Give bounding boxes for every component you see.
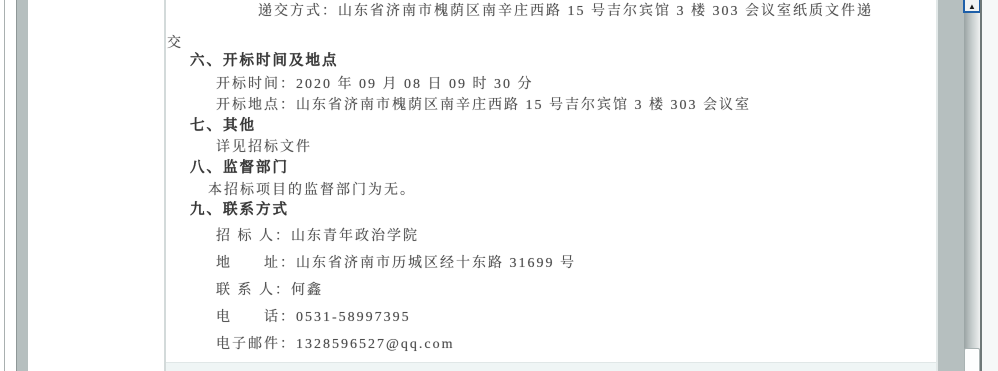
line-delivery-method: 递交方式：山东省济南市槐荫区南辛庄西路 15 号吉尔宾馆 3 楼 303 会议室… <box>258 4 873 19</box>
scroll-up-button[interactable]: ▲ <box>963 0 981 13</box>
line-bid-opening-time: 开标时间：2020 年 09 月 08 日 09 时 30 分 <box>216 77 534 92</box>
heading-contact-info: 九、联系方式 <box>190 203 289 218</box>
right-gray-band <box>938 0 964 371</box>
line-phone: 电 话：0531-58997395 <box>216 310 411 325</box>
vertical-scrollbar-thumb[interactable] <box>964 348 980 371</box>
line-contact-person: 联 系 人：何鑫 <box>216 283 323 298</box>
window-right-edge <box>982 0 998 371</box>
heading-others: 七、其他 <box>190 119 256 134</box>
line-tenderer: 招 标 人：山东青年政治学院 <box>216 229 419 244</box>
window-left-frame-line <box>4 0 5 371</box>
left-gray-band <box>16 0 28 371</box>
line-bid-opening-place: 开标地点：山东省济南市槐荫区南辛庄西路 15 号吉尔宾馆 3 楼 303 会议室 <box>216 98 751 113</box>
heading-supervision-dept: 八、监督部门 <box>190 161 289 176</box>
page-bottom-strip <box>166 362 938 371</box>
vertical-scrollbar-track[interactable] <box>964 0 980 371</box>
heading-bid-opening-time-place: 六、开标时间及地点 <box>190 54 339 69</box>
line-see-tender-docs: 详见招标文件 <box>216 140 312 155</box>
up-arrow-icon: ▲ <box>968 2 976 11</box>
line-delivery-method-wrap: 交 <box>167 36 183 51</box>
line-supervision-none: 本招标项目的监督部门为无。 <box>208 183 416 198</box>
line-address: 地 址：山东省济南市历城区经十东路 31699 号 <box>216 256 576 271</box>
line-email: 电子邮件：1328596527@qq.com <box>216 337 455 352</box>
